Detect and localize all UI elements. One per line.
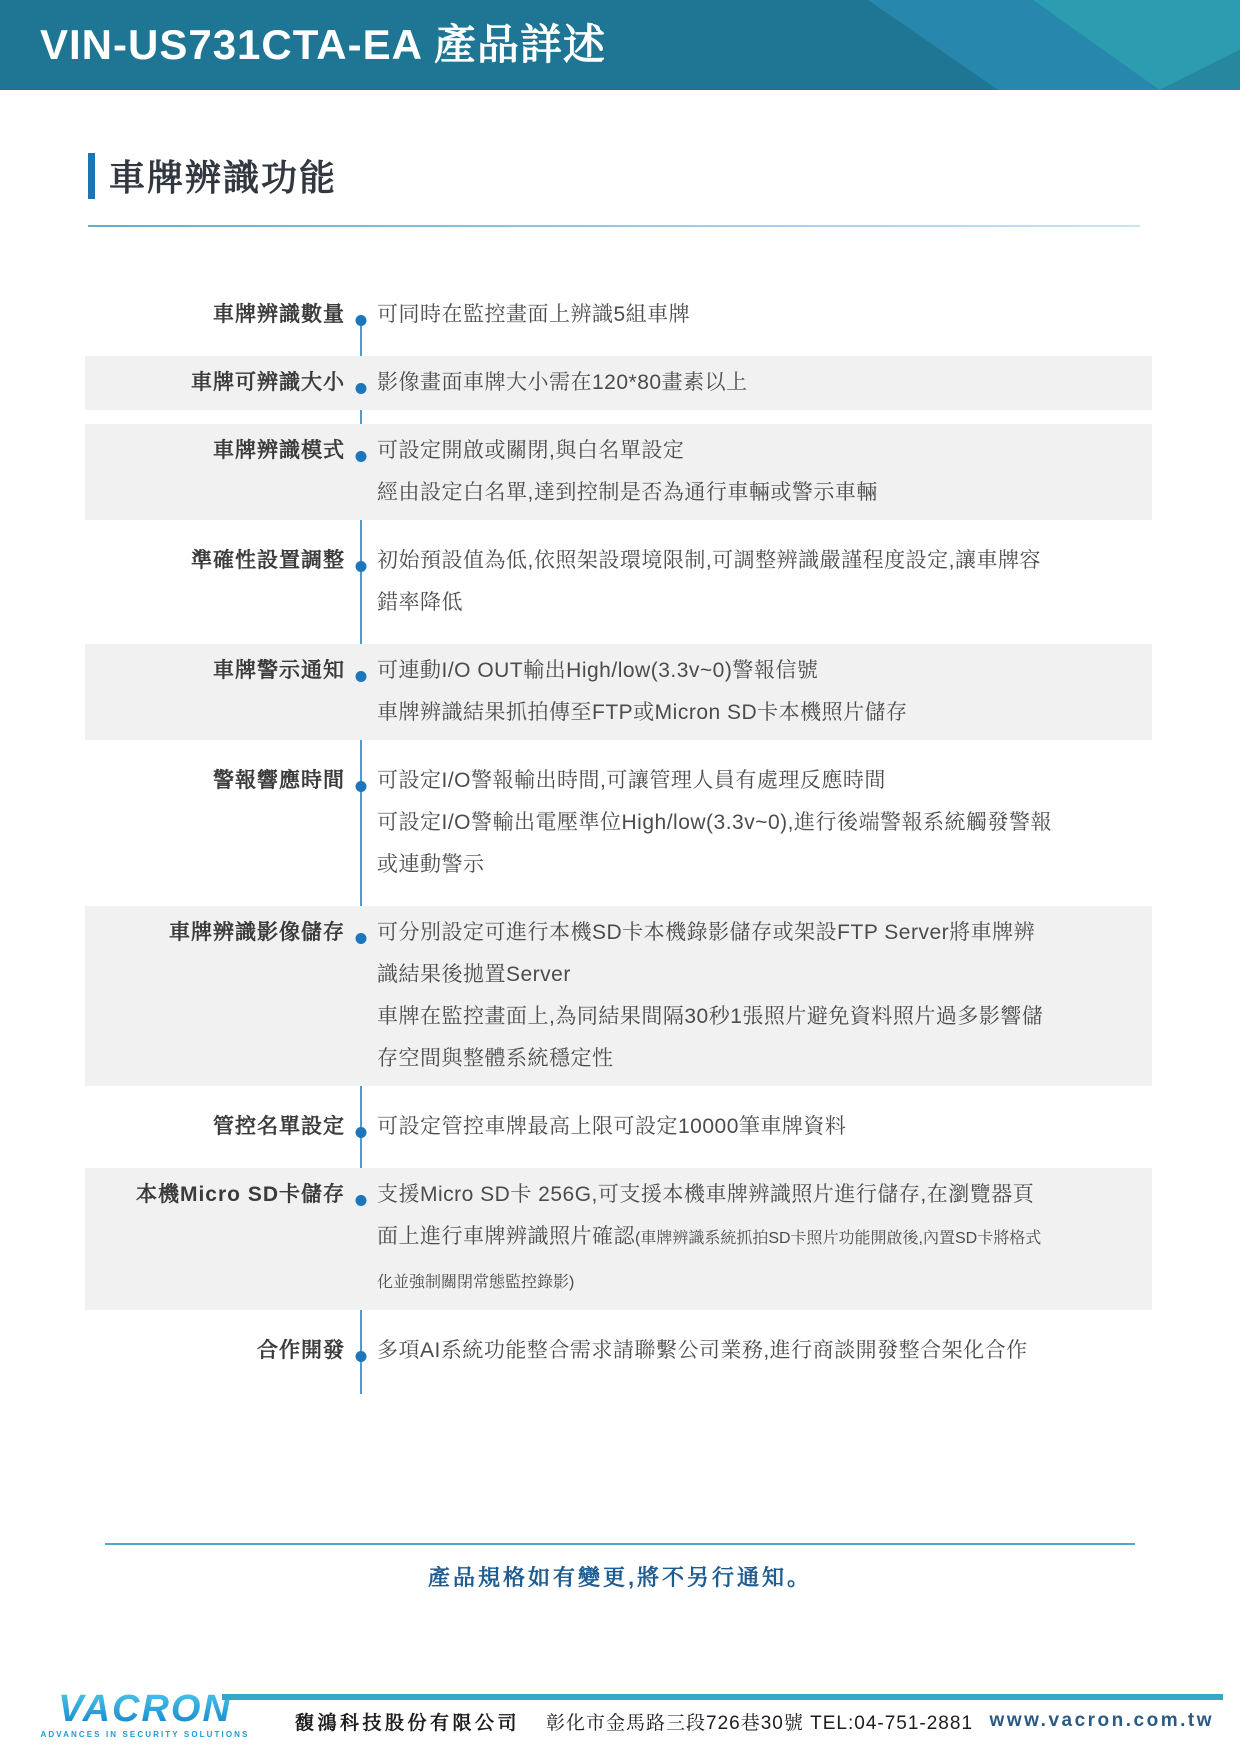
spec-rows: 車牌辨識數量 可同時在監控畫面上辨識5組車牌 車牌可辨識大小 影像畫面車牌大小需… [85, 288, 1152, 1378]
bullet-dot-icon [345, 294, 377, 336]
spec-content: 可連動I/O OUT輸出High/low(3.3v~0)警報信號車牌辨識結果抓拍… [377, 650, 1152, 734]
spec-label: 車牌警示通知 [85, 650, 345, 734]
bullet-dot-icon [345, 1106, 377, 1148]
spec-row: 警報響應時間 可設定I/O警報輸出時間,可讓管理人員有處理反應時間可設定I/O警… [85, 754, 1152, 892]
section-title: 車牌辨識功能 [109, 150, 337, 201]
company-address: 彰化市金馬路三段726巷30號 TEL:04-751-2881 [546, 1713, 973, 1734]
spec-text-line: 可同時在監控畫面上辨識5組車牌 [377, 294, 1052, 336]
spec-row: 車牌辨識影像儲存 可分別設定可進行本機SD卡本機錄影儲存或架設FTP Serve… [85, 906, 1152, 1086]
spec-text-line: 可連動I/O OUT輸出High/low(3.3v~0)警報信號 [377, 650, 1052, 692]
spec-text-line: 車牌辨識結果抓拍傳至FTP或Micron SD卡本機照片儲存 [377, 692, 1052, 734]
company-name: 馥鴻科技股份有限公司 [295, 1713, 520, 1734]
spec-label: 管控名單設定 [85, 1106, 345, 1148]
spec-text-line: 支援Micro SD卡 256G,可支援本機車牌辨識照片進行儲存,在瀏覽器頁面上… [377, 1174, 1052, 1304]
vacron-logo-tagline: ADVANCES IN SECURITY SOLUTIONS [25, 1730, 265, 1739]
page-title: VIN-US731CTA-EA 產品詳述 [40, 0, 606, 90]
bullet-dot-icon [345, 912, 377, 1080]
spec-text-line: 經由設定白名單,達到控制是否為通行車輛或警示車輛 [377, 472, 1052, 514]
spec-text-line: 可設定I/O警輸出電壓準位High/low(3.3v~0),進行後端警報系統觸發… [377, 802, 1052, 886]
company-line: 馥鴻科技股份有限公司彰化市金馬路三段726巷30號 TEL:04-751-288… [295, 1708, 973, 1735]
spec-label: 合作開發 [85, 1330, 345, 1372]
bullet-dot-icon [345, 760, 377, 886]
spec-text-line: 可分別設定可進行本機SD卡本機錄影儲存或架設FTP Server將車牌辨識結果後… [377, 912, 1052, 996]
section-accent-bar [88, 153, 95, 199]
bullet-dot-icon [345, 1330, 377, 1372]
footer-accent-bar [222, 1694, 1223, 1700]
spec-row: 合作開發 多項AI系統功能整合需求請聯繫公司業務,進行商談開發整合架化合作 [85, 1324, 1152, 1378]
notice-divider [105, 1543, 1135, 1545]
spec-text-line: 影像畫面車牌大小需在120*80畫素以上 [377, 362, 1052, 404]
spec-content: 初始預設值為低,依照架設環境限制,可調整辨識嚴謹程度設定,讓車牌容錯率降低 [377, 540, 1152, 624]
spec-note: (車牌辨識系統抓拍SD卡照片功能開啟後,內置SD卡將格式化並強制關閉常態監控錄影… [377, 1230, 1041, 1291]
spec-row: 本機Micro SD卡儲存 支援Micro SD卡 256G,可支援本機車牌辨識… [85, 1168, 1152, 1310]
notice-text: 產品規格如有變更,將不另行通知。 [105, 1561, 1135, 1592]
spec-content: 可同時在監控畫面上辨識5組車牌 [377, 294, 1152, 336]
spec-table: 車牌辨識數量 可同時在監控畫面上辨識5組車牌 車牌可辨識大小 影像畫面車牌大小需… [85, 288, 1152, 1404]
spec-row: 車牌可辨識大小 影像畫面車牌大小需在120*80畫素以上 [85, 356, 1152, 410]
spec-row: 準確性設置調整 初始預設值為低,依照架設環境限制,可調整辨識嚴謹程度設定,讓車牌… [85, 534, 1152, 630]
spec-text-line: 可設定開啟或關閉,與白名單設定 [377, 430, 1052, 472]
bullet-dot-icon [345, 362, 377, 404]
spec-content: 可設定管控車牌最高上限可設定10000筆車牌資料 [377, 1106, 1152, 1148]
datasheet-page: VIN-US731CTA-EA 產品詳述 車牌辨識功能 車牌辨識數量 可同時在監… [0, 0, 1240, 1754]
spec-row: 車牌辨識模式 可設定開啟或關閉,與白名單設定經由設定白名單,達到控制是否為通行車… [85, 424, 1152, 520]
spec-label: 車牌辨識影像儲存 [85, 912, 345, 1080]
spec-content: 可設定I/O警報輸出時間,可讓管理人員有處理反應時間可設定I/O警輸出電壓準位H… [377, 760, 1152, 886]
spec-content: 多項AI系統功能整合需求請聯繫公司業務,進行商談開發整合架化合作 [377, 1330, 1152, 1372]
spec-row: 管控名單設定 可設定管控車牌最高上限可設定10000筆車牌資料 [85, 1100, 1152, 1154]
header-banner: VIN-US731CTA-EA 產品詳述 [0, 0, 1240, 90]
website-url: www.vacron.com.tw [990, 1710, 1214, 1732]
spec-text-line: 可設定I/O警報輸出時間,可讓管理人員有處理反應時間 [377, 760, 1052, 802]
spec-row: 車牌辨識數量 可同時在監控畫面上辨識5組車牌 [85, 288, 1152, 342]
bullet-dot-icon [345, 430, 377, 514]
spec-row: 車牌警示通知 可連動I/O OUT輸出High/low(3.3v~0)警報信號車… [85, 644, 1152, 740]
spec-text-line: 可設定管控車牌最高上限可設定10000筆車牌資料 [377, 1106, 1052, 1148]
spec-label: 車牌辨識數量 [85, 294, 345, 336]
spec-label: 準確性設置調整 [85, 540, 345, 624]
bullet-dot-icon [345, 1174, 377, 1304]
spec-label: 警報響應時間 [85, 760, 345, 886]
spec-content: 可分別設定可進行本機SD卡本機錄影儲存或架設FTP Server將車牌辨識結果後… [377, 912, 1152, 1080]
spec-label: 車牌辨識模式 [85, 430, 345, 514]
spec-label: 車牌可辨識大小 [85, 362, 345, 404]
bullet-dot-icon [345, 650, 377, 734]
spec-content: 影像畫面車牌大小需在120*80畫素以上 [377, 362, 1152, 404]
spec-content: 支援Micro SD卡 256G,可支援本機車牌辨識照片進行儲存,在瀏覽器頁面上… [377, 1174, 1152, 1304]
spec-content: 可設定開啟或關閉,與白名單設定經由設定白名單,達到控制是否為通行車輛或警示車輛 [377, 430, 1152, 514]
notice-area: 產品規格如有變更,將不另行通知。 [105, 1543, 1135, 1592]
bullet-dot-icon [345, 540, 377, 624]
footer: VACRON ADVANCES IN SECURITY SOLUTIONS 馥鴻… [0, 1680, 1240, 1754]
section: 車牌辨識功能 [88, 150, 1140, 227]
spec-text-line: 車牌在監控畫面上,為同結果間隔30秒1張照片避免資料照片過多影響儲存空間與整體系… [377, 996, 1052, 1080]
spec-label: 本機Micro SD卡儲存 [85, 1174, 345, 1304]
section-divider [88, 225, 1140, 227]
spec-text-line: 多項AI系統功能整合需求請聯繫公司業務,進行商談開發整合架化合作 [377, 1330, 1052, 1372]
spec-text-line: 初始預設值為低,依照架設環境限制,可調整辨識嚴謹程度設定,讓車牌容錯率降低 [377, 540, 1052, 624]
